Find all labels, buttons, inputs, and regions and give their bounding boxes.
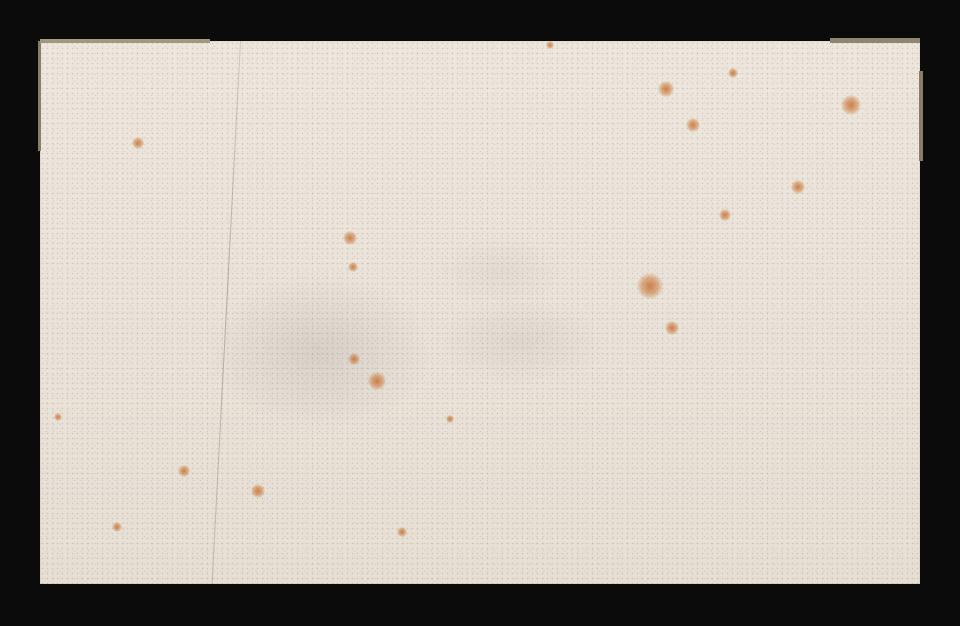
foxing-spot: [397, 527, 407, 537]
foxing-spot: [368, 372, 386, 390]
foxing-spot: [665, 321, 679, 335]
card-edge-top-right: [830, 38, 920, 43]
foxing-spot: [637, 273, 663, 299]
foxing-spot: [446, 415, 454, 423]
foxing-spot: [348, 262, 358, 272]
foxing-spot: [112, 522, 122, 532]
card-edge-right: [919, 71, 923, 161]
card-edge-left: [38, 41, 41, 151]
foxing-spot: [178, 465, 190, 477]
paper-card: [40, 41, 920, 584]
foxing-spot: [686, 118, 700, 132]
fold-crease: [212, 41, 241, 584]
foxing-spot: [348, 353, 360, 365]
foxing-spot: [791, 180, 805, 194]
foxing-spot: [841, 95, 861, 115]
foxing-spot: [719, 209, 731, 221]
foxing-spot: [132, 137, 144, 149]
foxing-spot: [728, 68, 738, 78]
foxing-spot: [343, 231, 357, 245]
card-edge-top-left: [40, 39, 210, 43]
foxing-spot: [54, 413, 62, 421]
foxing-spot: [658, 81, 674, 97]
foxing-spot: [546, 41, 554, 49]
foxing-spot: [251, 484, 265, 498]
perforated-edge: [210, 38, 830, 42]
